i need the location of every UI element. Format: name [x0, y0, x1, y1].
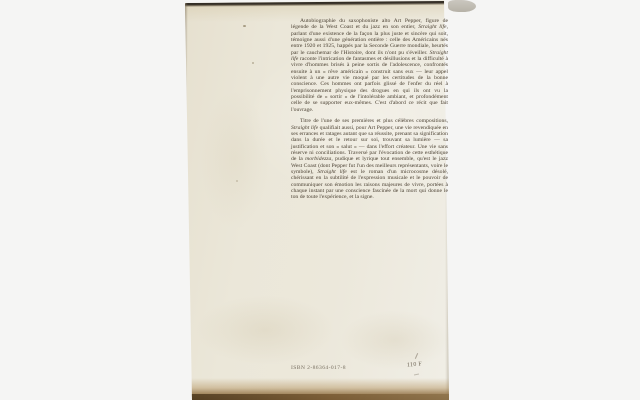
book-bottom-edge [183, 394, 449, 400]
book-left-edge [181, 0, 188, 400]
worn-corner-spot [448, 0, 476, 12]
paper-speck [243, 25, 246, 27]
isbn-text: ISBN 2-86364-017-8 [291, 365, 346, 371]
paper-speck [236, 180, 238, 182]
paragraph: Autobiographie du saxophoniste alto Art … [291, 18, 448, 113]
photo-of-book-back-cover: Autobiographie du saxophoniste alto Art … [0, 0, 640, 400]
paper-speck [252, 62, 254, 64]
back-cover-text: Autobiographie du saxophoniste alto Art … [291, 18, 448, 206]
paragraph: Titre de l'une de ses premières et plus … [291, 118, 448, 200]
